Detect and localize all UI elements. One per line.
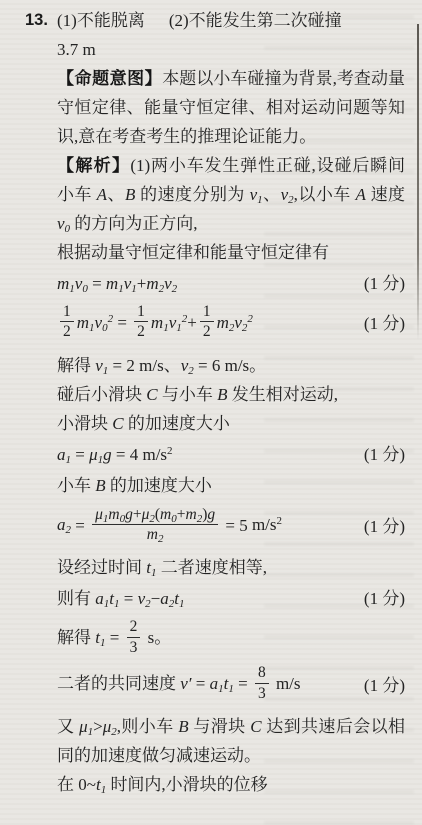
equation-line: m1v0 = m1v1+m2v2(1 分): [57, 270, 405, 297]
intent-label: 【命题意图】: [57, 69, 162, 88]
analysis-body: 【解析】(1)两小车发生弹性正碰,设碰后瞬间小车 A、B 的速度分别为 v1、v…: [57, 151, 405, 799]
solution-paragraph: 【解析】(1)两小车发生弹性正碰,设碰后瞬间小车 A、B 的速度分别为 v1、v…: [57, 151, 405, 238]
unit: m/s2: [142, 445, 172, 464]
answer-part1: (1)不能脱离: [57, 11, 145, 30]
score-mark: (1 分): [356, 513, 405, 540]
fraction-numerator: 2: [127, 618, 141, 637]
intent-paragraph: 【命题意图】本题以小车碰撞为背景,考查动量守恒定律、能量守恒定律、相对运动问题等…: [57, 64, 405, 151]
fraction-denominator: 3: [127, 638, 141, 656]
solution-paragraph: 根据动量守恒定律和能量守恒定律有: [57, 238, 405, 267]
equation: 12m1v02 = 12m1v12+12m2v22: [57, 305, 356, 343]
solution-paragraph: 解得 v1 = 2 m/s、v2 = 6 m/s。: [57, 351, 405, 380]
unit: m/s: [276, 674, 301, 693]
fraction: 12: [134, 303, 148, 341]
problem-number: 13.: [25, 6, 48, 35]
fraction-denominator: 2: [60, 322, 74, 340]
fraction-numerator: μ1m0g+μ2(m0+m2)g: [92, 506, 218, 525]
fraction-denominator: 2: [134, 322, 148, 340]
fraction: 83: [255, 664, 269, 702]
equation-line: a2 = μ1m0g+μ2(m0+m2)gm2 = 5 m/s2(1 分): [57, 508, 405, 546]
unit: s: [148, 628, 155, 647]
fraction-numerator: 8: [255, 664, 269, 683]
column-divider-line: [417, 24, 420, 340]
answer-part2-value: 3.7 m: [57, 35, 405, 64]
answer-part2: (2)不能发生第二次碰撞: [169, 11, 342, 30]
equation: 二者的共同速度 v′ = a1t1 = 83 m/s: [57, 666, 356, 704]
fraction-denominator: 3: [255, 684, 269, 702]
answer-key-page: 13.(1)不能脱离(2)不能发生第二次碰撞 3.7 m 【命题意图】本题以小车…: [0, 0, 422, 825]
fraction-numerator: 1: [60, 303, 74, 322]
equation: 解得 t1 = 23 s。: [57, 620, 405, 658]
unit: m/s: [139, 356, 164, 375]
fraction-numerator: 1: [134, 303, 148, 322]
fraction: 23: [127, 618, 141, 656]
fraction: 12: [60, 303, 74, 341]
solution-paragraph: 设经过时间 t1 二者速度相等,: [57, 553, 405, 582]
solution-paragraph: 小滑块 C 的加速度大小: [57, 409, 405, 438]
solution-paragraph: 碰后小滑块 C 与小车 B 发生相对运动,: [57, 380, 405, 409]
equation-line: 解得 t1 = 23 s。: [57, 620, 405, 658]
score-mark: (1 分): [356, 310, 405, 337]
fraction-numerator: 1: [200, 303, 214, 322]
fraction: μ1m0g+μ2(m0+m2)gm2: [92, 506, 218, 544]
equation: a1 = μ1g = 4 m/s2: [57, 441, 356, 468]
answer-row: 13.(1)不能脱离(2)不能发生第二次碰撞: [57, 6, 405, 35]
equation-line: 12m1v02 = 12m1v12+12m2v22(1 分): [57, 305, 405, 343]
equation: m1v0 = m1v1+m2v2: [57, 270, 356, 297]
score-mark: (1 分): [356, 585, 405, 612]
score-mark: (1 分): [356, 441, 405, 468]
analysis-label: 【解析】: [57, 156, 130, 175]
equation-line: a1 = μ1g = 4 m/s2(1 分): [57, 441, 405, 468]
equation: 则有 a1t1 = v2−a2t1: [57, 585, 356, 612]
score-mark: (1 分): [356, 270, 405, 297]
score-mark: (1 分): [356, 672, 405, 699]
unit: m/s: [225, 356, 250, 375]
solution-paragraph: 小车 B 的加速度大小: [57, 471, 405, 500]
equation-line: 则有 a1t1 = v2−a2t1(1 分): [57, 585, 405, 612]
solution-paragraph: 在 0~t1 时间内,小滑块的位移: [57, 770, 405, 799]
fraction-denominator: 2: [200, 322, 214, 340]
equation-line: 二者的共同速度 v′ = a1t1 = 83 m/s(1 分): [57, 666, 405, 704]
fraction-denominator: m2: [92, 525, 218, 543]
fraction: 12: [200, 303, 214, 341]
equation: a2 = μ1m0g+μ2(m0+m2)gm2 = 5 m/s2: [57, 508, 356, 546]
unit: m/s2: [252, 515, 282, 534]
solution-paragraph: 又 μ1>μ2,则小车 B 与滑块 C 达到共速后会以相同的加速度做匀减速运动。: [57, 712, 405, 770]
